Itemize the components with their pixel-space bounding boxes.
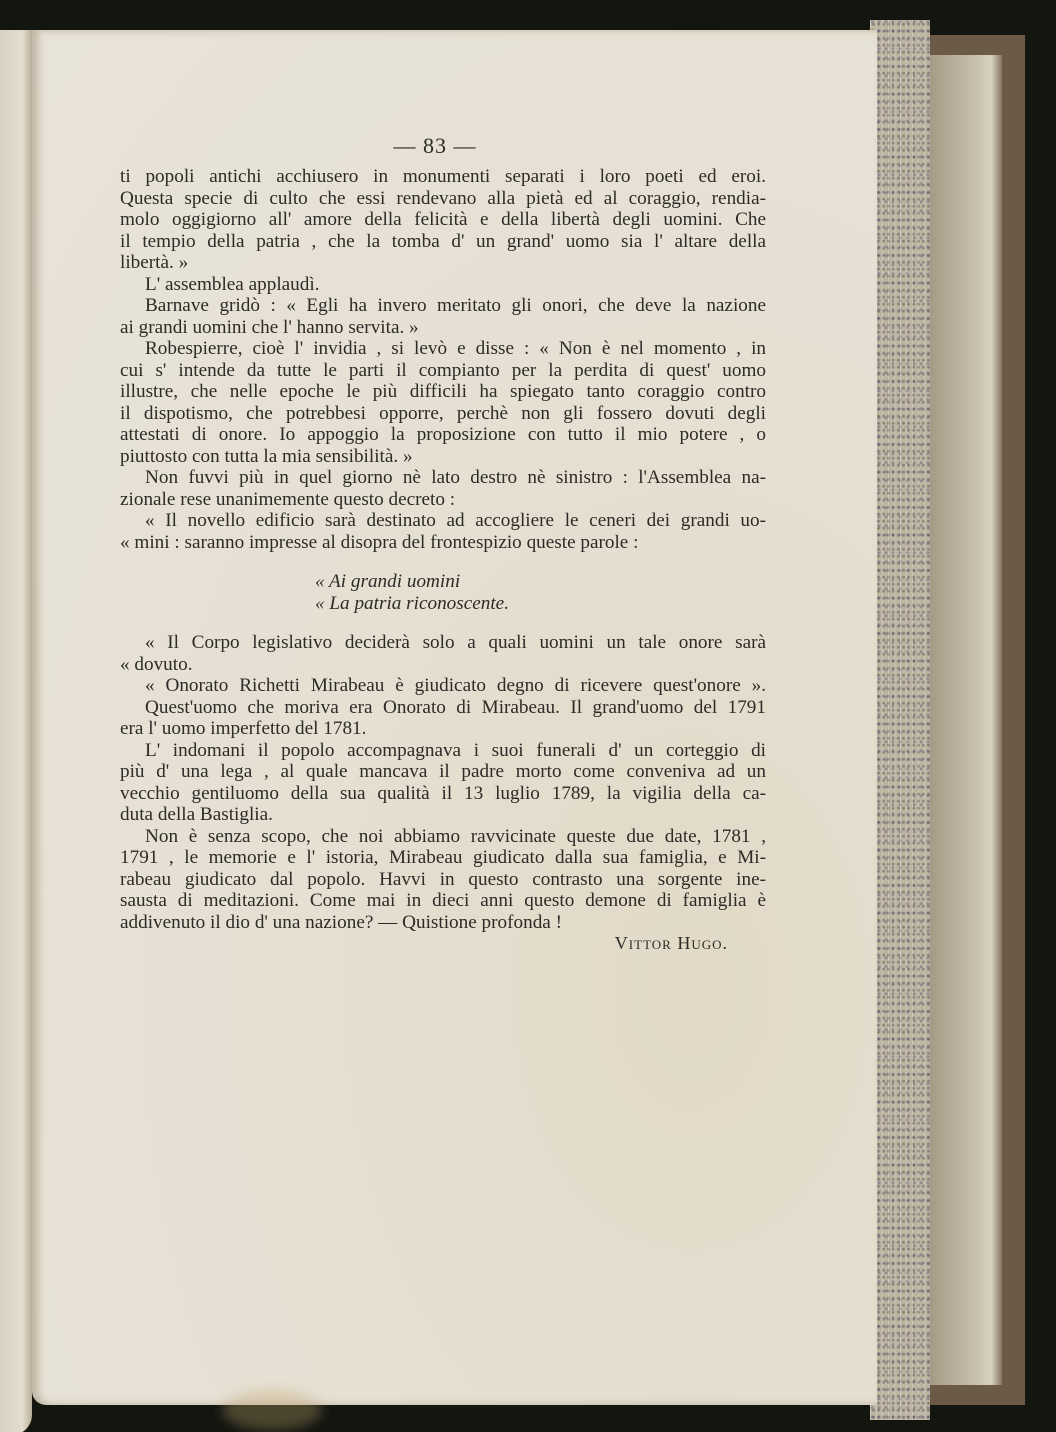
book-cover-inner [930,55,1002,1385]
inscription-line: « La patria riconoscente. [120,593,766,615]
left-page-edge [0,30,32,1432]
text-line: « Onorato Richetti Mirabeau è giudicato … [120,675,766,697]
text-line: duta della Bastiglia. [120,804,766,826]
paper-stain [222,1390,322,1430]
author-signature: Vittor Hugo. [120,933,766,955]
text-line: Questa specie di culto che essi rendevan… [120,188,766,210]
text-line: ai grandi uomini che l' hanno servita. » [120,317,766,339]
spacer [120,553,766,571]
text-line: rabeau giudicato dal popolo. Havvi in qu… [120,869,766,891]
text-line: molo oggigiorno all' amore della felicit… [120,209,766,231]
text-line: L' indomani il popolo accompagnava i suo… [120,740,766,762]
text-line: Quest'uomo che moriva era Onorato di Mir… [120,697,766,719]
text-line: Robespierre, cioè l' invidia , si levò e… [120,338,766,360]
text-line: Non è senza scopo, che noi abbiamo ravvi… [120,826,766,848]
text-line: « Il novello edificio sarà destinato ad … [120,510,766,532]
page-number: — 83 — [380,133,490,159]
text-line: il dispotismo, che potrebbesi opporre, p… [120,403,766,425]
text-line: il tempio della patria , che la tomba d'… [120,231,766,253]
spacer [120,614,766,632]
text-line: libertà. » [120,252,766,274]
text-line: « Il Corpo legislativo deciderà solo a q… [120,632,766,654]
text-line: illustre, che nelle epoche le più diffic… [120,381,766,403]
inscription-line: « Ai grandi uomini [120,571,766,593]
text-line: piuttosto con tutta la mia sensibilità. … [120,446,766,468]
text-line: vecchio gentiluomo della sua qualità il … [120,783,766,805]
page-edges [870,20,930,1420]
text-line: « dovuto. [120,654,766,676]
text-line: ti popoli antichi acchiusero in monument… [120,166,766,188]
text-line: 1791 , le memorie e l' istoria, Mirabeau… [120,847,766,869]
text-line: attestati di onore. Io appoggio la propo… [120,424,766,446]
text-line: zionale rese unanimemente questo decreto… [120,489,766,511]
text-line: più d' una lega , al quale mancava il pa… [120,761,766,783]
text-line: cui s' intende da tutte le parti il comp… [120,360,766,382]
text-line: Non fuvvi più in quel giorno nè lato des… [120,467,766,489]
text-line: L' assemblea applaudì. [120,274,766,296]
text-line: « mini : saranno impresse al disopra del… [120,532,766,554]
body-text: ti popoli antichi acchiusero in monument… [120,166,766,955]
text-line: addivenuto il dio d' una nazione? — Quis… [120,912,766,934]
text-line: Barnave gridò : « Egli ha invero meritat… [120,295,766,317]
text-line: era l' uomo imperfetto del 1781. [120,718,766,740]
text-line: sausta di meditazioni. Come mai in dieci… [120,890,766,912]
